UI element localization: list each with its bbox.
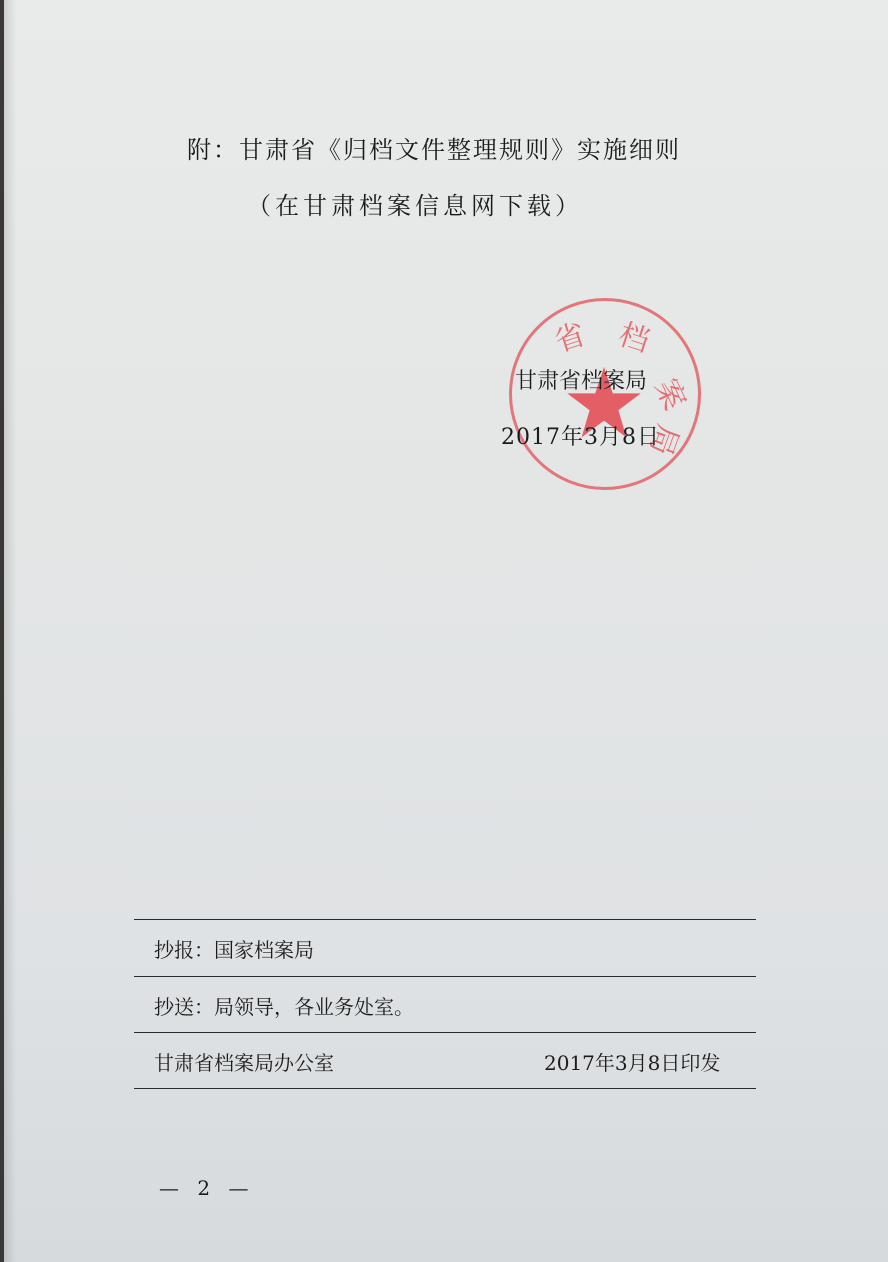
document-page: 附：甘肃省《归档文件整理规则》实施细则 （在甘肃档案信息网下载） 省 档 案 局… bbox=[4, 0, 888, 1262]
report-to: 抄报：国家档案局 bbox=[154, 934, 314, 963]
print-date: 2017年3月8日印发 bbox=[544, 1047, 720, 1076]
divider bbox=[134, 1032, 756, 1033]
issuing-office: 甘肃省档案局办公室 bbox=[154, 1047, 334, 1076]
page-edge-shadow bbox=[4, 0, 16, 1262]
seal-char: 省 bbox=[548, 309, 590, 360]
divider bbox=[134, 976, 756, 977]
copy-to: 抄送：局领导，各业务处室。 bbox=[154, 991, 414, 1020]
divider bbox=[134, 1088, 756, 1089]
page-number: — 2 — bbox=[159, 1176, 254, 1200]
issue-date: 2017年3月8日 bbox=[501, 420, 660, 451]
issuer-name: 甘肃省档案局 bbox=[515, 364, 647, 395]
attachment-download-note: （在甘肃档案信息网下载） bbox=[247, 186, 583, 221]
seal-char: 档 bbox=[614, 309, 656, 360]
attachment-title: 附：甘肃省《归档文件整理规则》实施细则 bbox=[187, 130, 681, 165]
divider bbox=[134, 919, 756, 920]
seal-char: 案 bbox=[647, 370, 700, 416]
